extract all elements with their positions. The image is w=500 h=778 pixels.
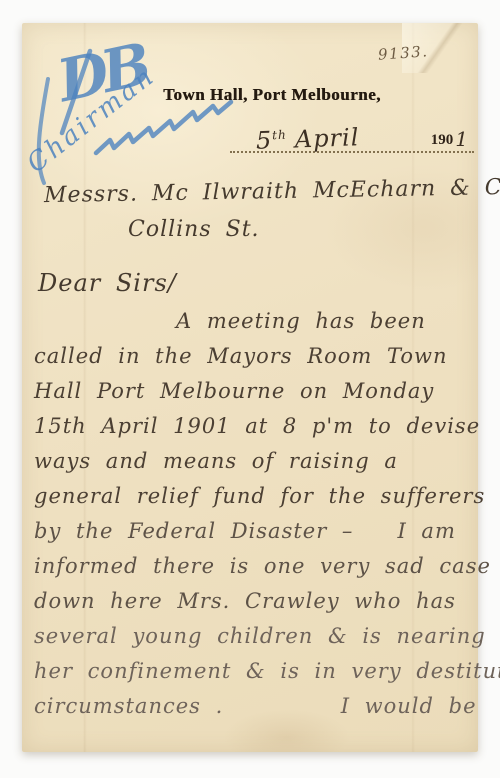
archive-number: 9133. bbox=[377, 42, 429, 63]
date-handwritten: 5thApril bbox=[256, 123, 360, 155]
letter-body: A meeting has been called in the Mayors … bbox=[34, 309, 472, 729]
body-line: her confinement & is in very destitute bbox=[34, 659, 472, 694]
body-line: several young children & is nearing bbox=[34, 624, 472, 659]
date-day-suffix: th bbox=[272, 128, 287, 142]
body-line: informed there is one very sad case bbox=[34, 554, 472, 589]
date-month: April bbox=[294, 123, 359, 153]
body-line: 15th April 1901 at 8 p'm to devise bbox=[34, 414, 472, 449]
body-line: Hall Port Melbourne on Monday bbox=[34, 379, 472, 414]
year-printed: 190 bbox=[431, 132, 454, 149]
body-line: ways and means of raising a bbox=[34, 449, 472, 484]
letter-paper: DB Chairman 9133. Town Hall, Port Melbou… bbox=[22, 23, 478, 752]
letterhead: Town Hall, Port Melbourne, bbox=[22, 85, 478, 105]
body-line: by the Federal Disaster – I am bbox=[34, 519, 472, 554]
salutation: Dear Sirs/ bbox=[38, 269, 177, 297]
year-digit: 1 bbox=[455, 127, 468, 151]
recipient-address: Collins St. bbox=[128, 217, 260, 242]
body-line: down here Mrs. Crawley who has bbox=[34, 589, 472, 624]
body-line: general relief fund for the sufferers bbox=[34, 484, 472, 519]
body-line: circumstances . I would be bbox=[34, 694, 472, 729]
date-day: 5 bbox=[256, 126, 273, 155]
body-line: called in the Mayors Room Town bbox=[34, 344, 472, 379]
date-line: 5thApril 190 1 bbox=[230, 117, 474, 153]
body-line: A meeting has been bbox=[34, 309, 472, 344]
